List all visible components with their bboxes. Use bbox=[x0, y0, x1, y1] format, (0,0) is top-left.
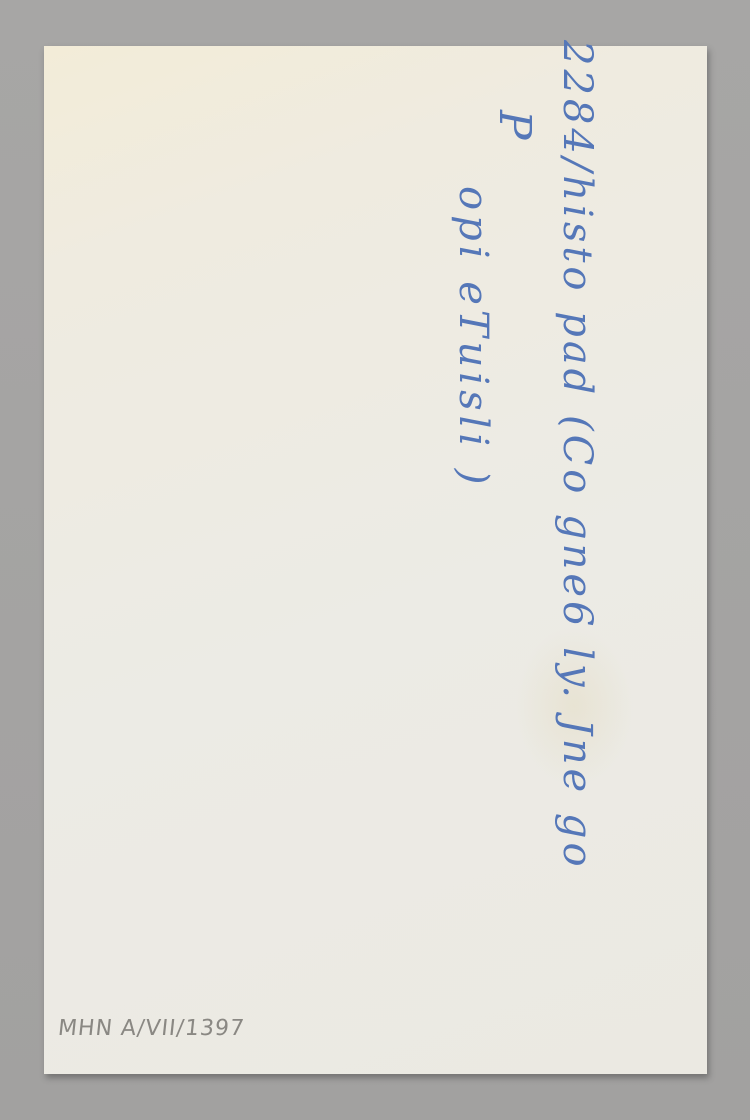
handwritten-line-3: opi eTuisli ) bbox=[450, 186, 496, 490]
archive-catalog-number: MHN A/VII/1397 bbox=[57, 1016, 247, 1041]
handwritten-line-1: 2284/histo pad (Co gne6 ly. Jne go bbox=[554, 40, 600, 871]
archival-card bbox=[44, 46, 707, 1074]
handwritten-line-2: P bbox=[489, 110, 540, 146]
